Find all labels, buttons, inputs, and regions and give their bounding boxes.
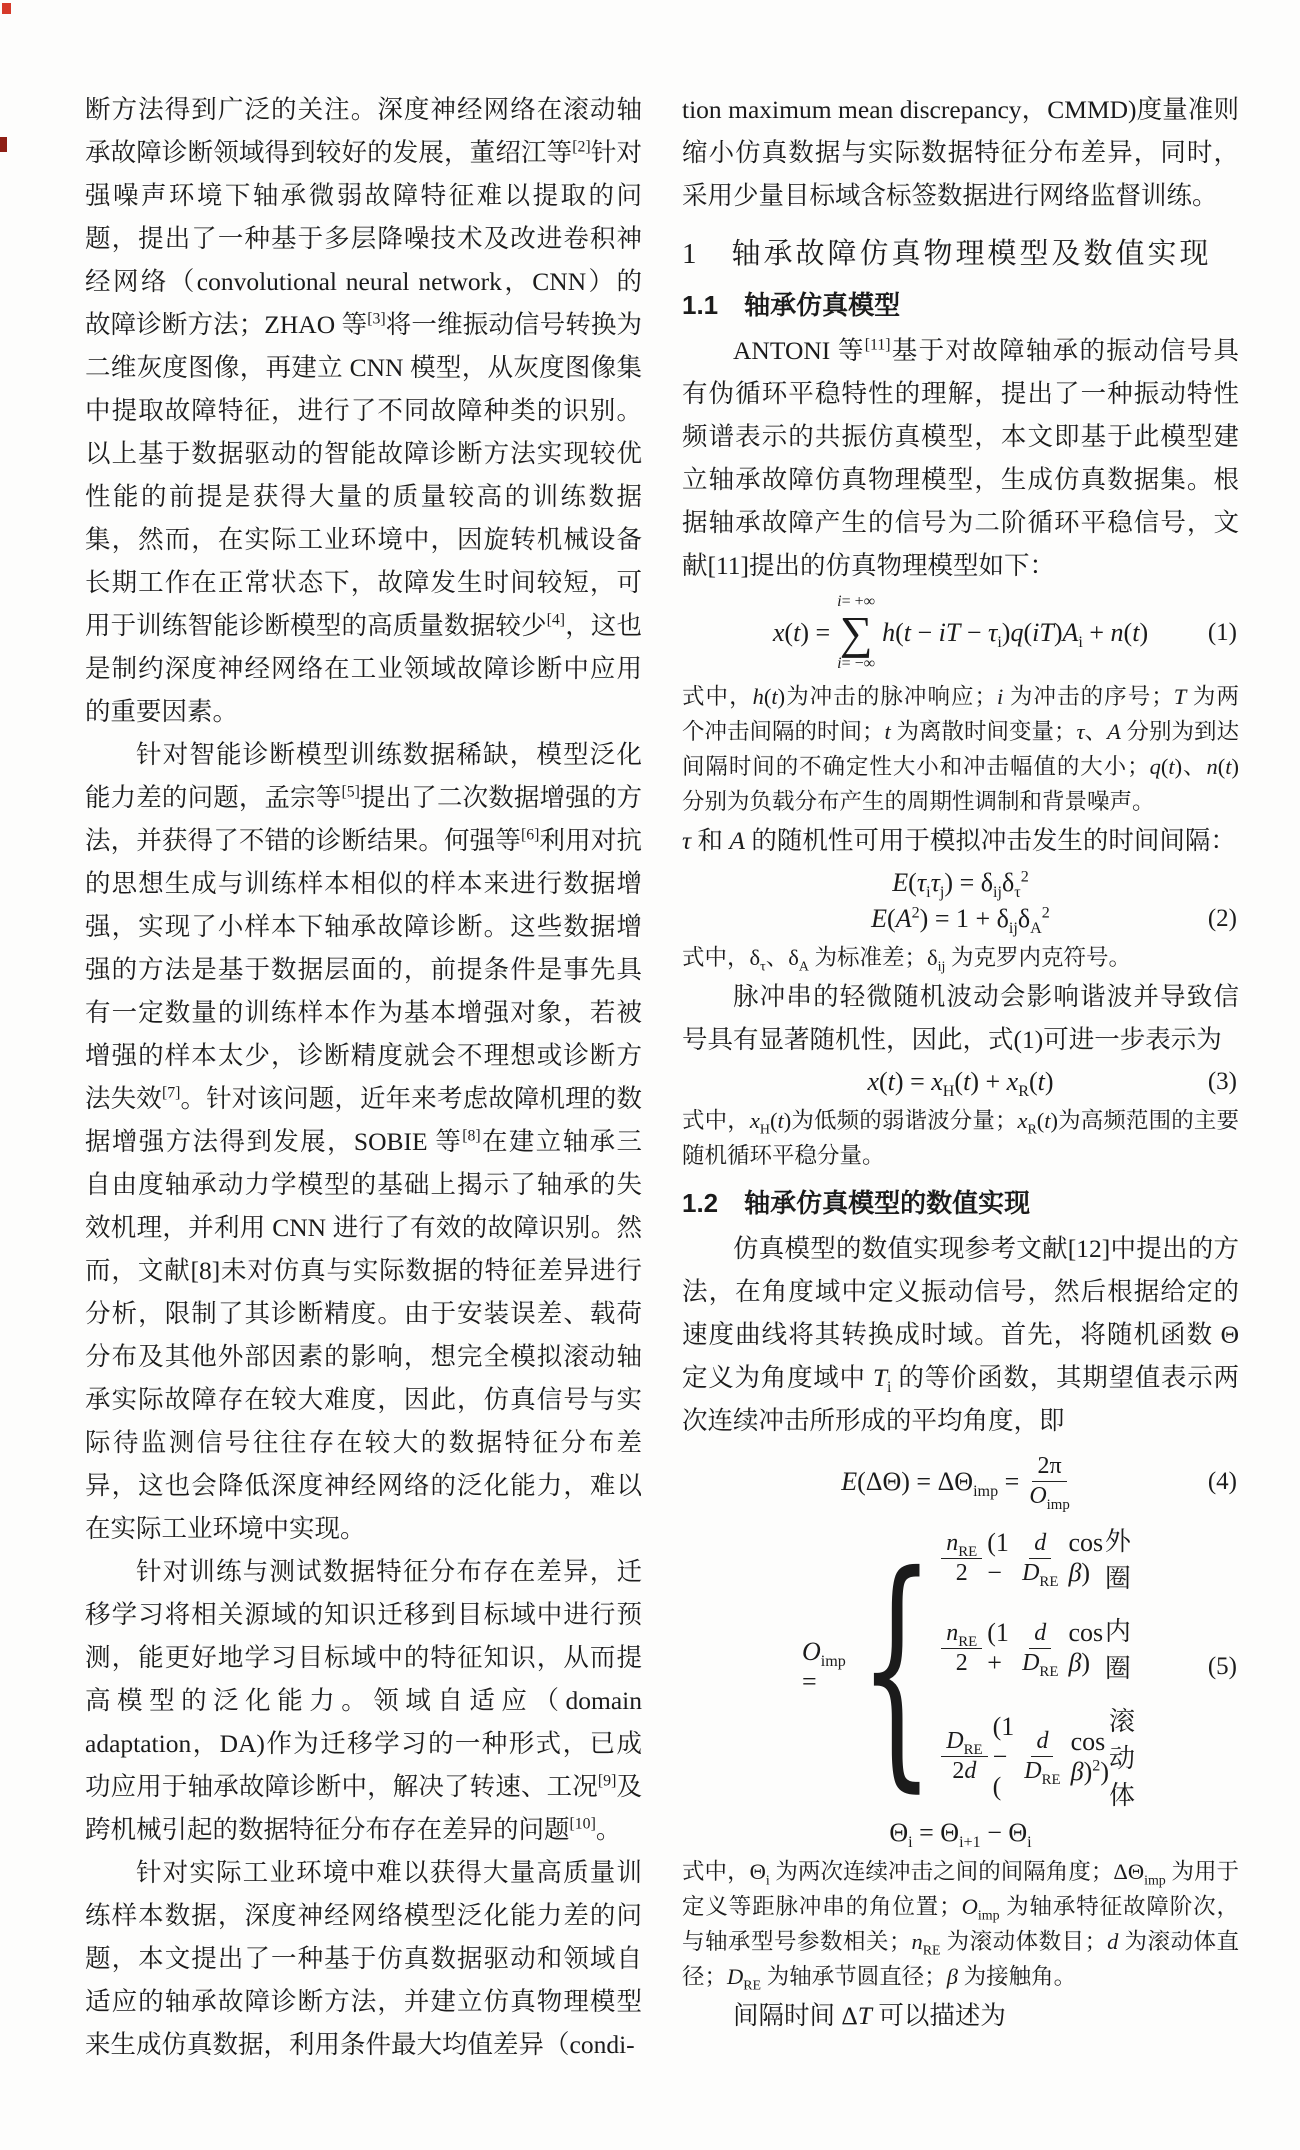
paragraph: 仿真模型的数值实现参考文献[12]中提出的方法，在角度域中定义振动信号，然后根据…	[682, 1227, 1239, 1442]
equation-4: E(ΔΘ) = ΔΘimp = 2π Oimp (4)	[682, 1452, 1239, 1511]
fraction: DRE 2d	[941, 1727, 987, 1786]
sigma-glyph: ∑	[840, 611, 873, 655]
red-scan-mark-left	[0, 137, 7, 152]
subsection-heading-1-2: 1.2 轴承仿真模型的数值实现	[682, 1183, 1239, 1223]
equation-2-line-1: E(τiτj) = δijδτ2	[682, 868, 1239, 898]
cases-brace: {	[859, 1541, 934, 1791]
equation-3-body: x(t) = xH(t) + xR(t)	[867, 1067, 1053, 1097]
case-label: 内圈	[1105, 1611, 1135, 1685]
equation-number: (3)	[1208, 1068, 1237, 1096]
equation-2-line-2: E(A2) = 1 + δijδA2 (2)	[682, 904, 1239, 934]
equation-note: 式中，h(t)为冲击的脉冲响应；i 为冲击的序号；T 为两个冲击间隔的时间；t …	[682, 679, 1239, 819]
column-right: tion maximum mean discrepancy，CMMD)度量准则缩…	[682, 88, 1239, 2037]
fraction-denominator: Oimp	[1024, 1482, 1074, 1511]
paragraph: 脉冲串的轻微随机波动会影响谐波并导致信号具有显著随机性，因此，式(1)可进一步表…	[682, 975, 1239, 1061]
fraction: d DRE	[1019, 1727, 1065, 1786]
case-row-rolling-element: DRE 2d (1 − ( d DRE cos β)2) 滚动体	[936, 1701, 1193, 1812]
fraction: nRE 2	[941, 1529, 982, 1588]
case-label: 滚动体	[1109, 1701, 1135, 1812]
equation-2-body-1: E(τiτj) = δijδτ2	[892, 868, 1029, 898]
fraction: d DRE	[1017, 1529, 1063, 1588]
subsection-heading-1-1: 1.1 轴承仿真模型	[682, 285, 1239, 325]
fraction: d DRE	[1017, 1619, 1063, 1678]
case-label: 外圈	[1105, 1521, 1135, 1595]
section-heading-1: 1 轴承故障仿真物理模型及数值实现	[682, 233, 1239, 275]
equation-5-lhs: Oimp =	[802, 1637, 855, 1697]
paper-page: 断方法得到广泛的关注。深度神经网络在滚动轴承故障诊断领域得到较好的发展，董绍江等…	[0, 0, 1300, 2150]
sum-lower-limit: i= −∞	[837, 655, 875, 673]
equation-1-lhs: x(t) =	[773, 618, 830, 648]
equation-note: 式中，δτ、δA 为标准差；δij 为克罗内克符号。	[682, 940, 1239, 975]
equation-number: (5)	[1208, 1653, 1237, 1681]
red-scan-mark-top	[2, 3, 11, 14]
paragraph: 断方法得到广泛的关注。深度神经网络在滚动轴承故障诊断领域得到较好的发展，董绍江等…	[85, 88, 642, 733]
fraction: 2π Oimp	[1024, 1452, 1074, 1511]
paragraph: 间隔时间 ΔT 可以描述为	[682, 1994, 1239, 2037]
equation-number: (4)	[1208, 1468, 1237, 1496]
paragraph: 针对实际工业环境中难以获得大量高质量训练样本数据，深度神经网络模型泛化能力差的问…	[85, 1851, 642, 2066]
paragraph: tion maximum mean discrepancy，CMMD)度量准则缩…	[682, 88, 1239, 217]
fraction-numerator: 2π	[1032, 1452, 1066, 1482]
column-left: 断方法得到广泛的关注。深度神经网络在滚动轴承故障诊断领域得到较好的发展，董绍江等…	[85, 88, 642, 2066]
paragraph: 针对训练与测试数据特征分布存在差异，迁移学习将相关源域的知识迁移到目标域中进行预…	[85, 1550, 642, 1851]
equation-1-rhs: h(t − iT − τi)q(iT)Ai + n(t)	[882, 618, 1148, 648]
fraction: nRE 2	[941, 1619, 982, 1678]
case-row-inner-ring: nRE 2 (1 + d DRE cos β) 内圈	[936, 1611, 1193, 1685]
equation-2-body-2: E(A2) = 1 + δijδA2	[871, 904, 1050, 934]
sum-symbol: i= +∞ ∑ i= −∞	[837, 593, 875, 673]
paragraph: 针对智能诊断模型训练数据稀缺，模型泛化能力差的问题，孟宗等[5]提出了二次数据增…	[85, 733, 642, 1550]
equation-theta-body: Θi = Θi+1 − Θi	[889, 1818, 1031, 1848]
paragraph: τ 和 A 的随机性可用于模拟冲击发生的时间间隔：	[682, 819, 1239, 862]
cases-rows: nRE 2 (1 − d DRE cos β) 外圈 nRE 2	[936, 1521, 1193, 1812]
equation-number: (1)	[1208, 619, 1237, 647]
equation-note: 式中，xH(t)为低频的弱谐波分量；xR(t)为高频范围的主要随机循环平稳分量。	[682, 1103, 1239, 1173]
equation-5: Oimp = { nRE 2 (1 − d DRE cos β) 外圈	[682, 1521, 1239, 1812]
equation-theta: Θi = Θi+1 − Θi	[682, 1818, 1239, 1848]
equation-4-lhs: E(ΔΘ) = ΔΘimp =	[841, 1467, 1019, 1497]
equation-1: x(t) = i= +∞ ∑ i= −∞ h(t − iT − τi)q(iT)…	[682, 593, 1239, 673]
paragraph: ANTONI 等[11]基于对故障轴承的振动信号具有伪循环平稳特性的理解，提出了…	[682, 329, 1239, 587]
equation-3: x(t) = xH(t) + xR(t) (3)	[682, 1067, 1239, 1097]
case-row-outer-ring: nRE 2 (1 − d DRE cos β) 外圈	[936, 1521, 1193, 1595]
equation-note: 式中，Θi 为两次连续冲击之间的间隔角度；ΔΘimp 为用于定义等距脉冲串的角位…	[682, 1854, 1239, 1994]
equation-number: (2)	[1208, 905, 1237, 933]
